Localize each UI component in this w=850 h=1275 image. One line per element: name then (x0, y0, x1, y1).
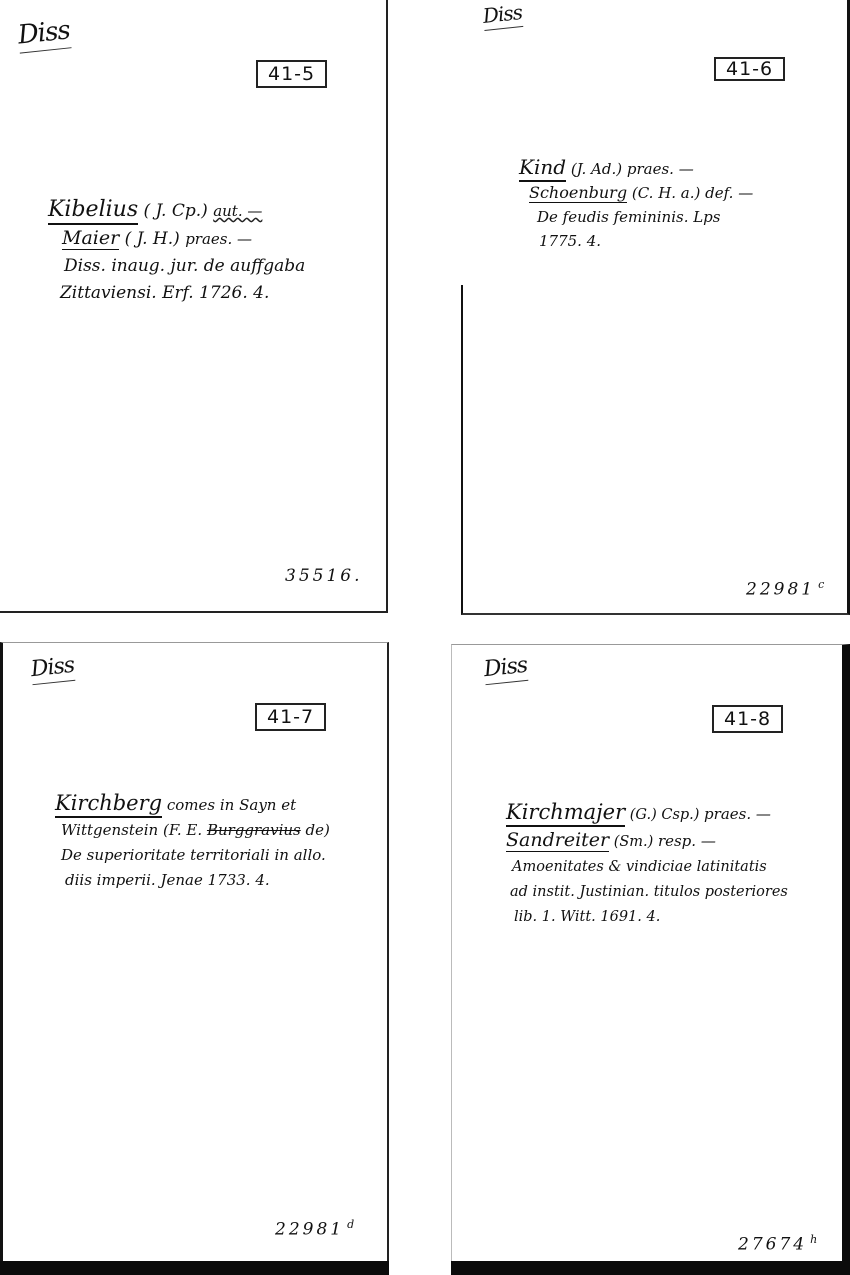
catalog-card-41-7: Diss 41-7 Kirchberg comes in Sayn et Wit… (0, 642, 389, 1275)
accession-number: 22981c (746, 578, 824, 600)
accession-number: 35516. (285, 566, 362, 586)
accession-suffix: h (810, 1233, 817, 1246)
author-title: comes in Sayn et (167, 796, 296, 814)
praeses-role: praes. — (185, 230, 252, 248)
accession-digits: 27674 (738, 1235, 807, 1255)
accession-digits: 22981 (275, 1220, 344, 1240)
card-edge (461, 0, 463, 285)
praeses-initials: (J. Ad.) (571, 160, 622, 178)
entry-line-praeses: Kirchmajer (G.) Csp.) praes. — (506, 800, 788, 828)
entry-line-respondent: Sandreiter (Sm.) resp. — (506, 828, 788, 855)
struck-title: Burggravius (207, 821, 301, 839)
entry-line-author-cont: Wittgenstein (F. E. Burggravius de) (61, 818, 330, 843)
card-entry: Kibelius ( J. Cp.) aut. — Maier ( J. H.)… (48, 196, 305, 307)
praeses-name: Kirchmajer (506, 800, 625, 827)
card-entry: Kirchmajer (G.) Csp.) praes. — Sandreite… (506, 800, 788, 930)
respondent-name: Sandreiter (506, 829, 609, 852)
author-name: Kibelius (48, 197, 138, 225)
praeses-role: praes. — (627, 160, 694, 178)
entry-line-imprint: lib. 1. Witt. 1691. 4. (514, 905, 788, 930)
accession-number: 27674h (738, 1233, 817, 1255)
entry-line-defendant: Schoenburg (C. H. a.) def. — (529, 181, 753, 205)
catalog-card-41-5: Diss 41-5 Kibelius ( J. Cp.) aut. — Maie… (0, 0, 388, 613)
scan-edge (451, 1261, 850, 1275)
category-mark: Diss (482, 0, 524, 31)
praeses-role: praes. — (704, 805, 771, 823)
entry-line-imprint: diis imperii. Jenae 1733. 4. (65, 868, 330, 893)
entry-line-title-1: Amoenitates & vindiciae latinitatis (512, 855, 788, 880)
accession-suffix: d (347, 1218, 354, 1231)
entry-line-title: De feudis femininis. Lps (537, 205, 753, 229)
praeses-initials: ( J. H.) (125, 229, 180, 249)
author-initials: Wittgenstein (F. E. (61, 821, 202, 839)
author-suffix: de) (306, 821, 330, 839)
catalog-card-41-6: Diss 41-6 Kind (J. Ad.) praes. — Schoenb… (461, 0, 850, 615)
accession-suffix: c (818, 578, 824, 591)
praeses-initials: (G.) Csp.) (630, 807, 700, 823)
defendant-role: def. — (705, 184, 753, 202)
call-number: 41-5 (256, 60, 327, 88)
praeses-name: Kind (519, 155, 566, 182)
category-mark: Diss (16, 15, 71, 53)
call-number: 41-8 (712, 705, 783, 733)
entry-line-author: Kibelius ( J. Cp.) aut. — (48, 196, 305, 225)
praeses-name: Maier (62, 227, 119, 250)
accession-digits: 22981 (746, 580, 815, 600)
entry-line-title: De superioritate territoriali in allo. (61, 843, 330, 868)
defendant-name: Schoenburg (529, 183, 627, 203)
entry-line-author: Kirchberg comes in Sayn et (55, 791, 330, 818)
entry-line-imprint: Zittaviensi. Erf. 1726. 4. (60, 280, 305, 307)
entry-line-praeses: Maier ( J. H.) praes. — (62, 225, 305, 253)
respondent-initials: (Sm.) (614, 834, 654, 850)
call-number: 41-7 (255, 703, 326, 731)
accession-number: 22981d (275, 1218, 354, 1240)
scan-edge (0, 1261, 389, 1275)
author-initials: ( J. Cp.) (144, 201, 208, 221)
entry-line-praeses: Kind (J. Ad.) praes. — (519, 155, 753, 181)
card-entry: Kirchberg comes in Sayn et Wittgenstein … (55, 791, 330, 893)
category-mark: Diss (30, 653, 76, 685)
defendant-initials: (C. H. a.) (632, 184, 701, 202)
respondent-role: resp. — (658, 832, 716, 850)
catalog-card-41-8: Diss 41-8 Kirchmajer (G.) Csp.) praes. —… (451, 644, 850, 1275)
category-mark: Diss (483, 653, 529, 685)
author-name: Kirchberg (55, 791, 162, 818)
card-entry: Kind (J. Ad.) praes. — Schoenburg (C. H.… (519, 155, 753, 253)
entry-line-title: Diss. inaug. jur. de auffgaba (64, 253, 305, 280)
entry-line-imprint: 1775. 4. (539, 229, 753, 253)
author-role: aut. — (213, 202, 262, 220)
call-number: 41-6 (714, 57, 785, 81)
entry-line-title-2: ad instit. Justinian. titulos posteriore… (510, 880, 788, 905)
